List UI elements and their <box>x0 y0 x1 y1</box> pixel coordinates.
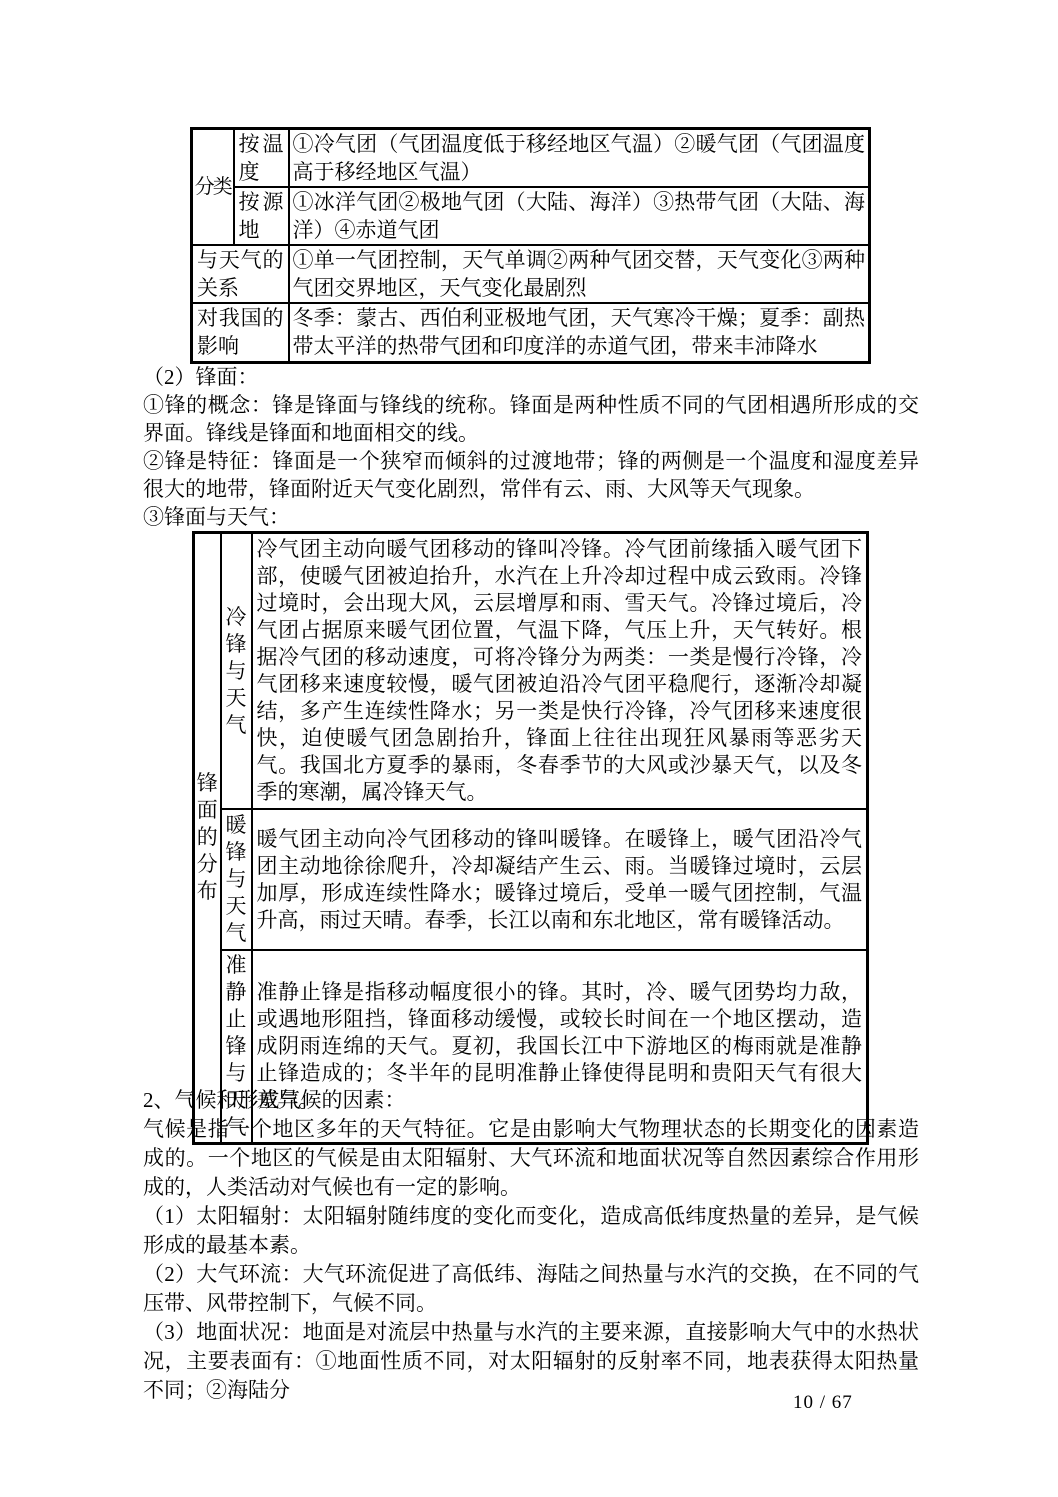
climate-intro-paragraph: 气候是指一个地区多年的天气特征。它是由影响大气物理状态的长期变化的因素造成的。一… <box>143 1115 919 1202</box>
front-weather-heading: ③锋面与天气： <box>143 503 919 531</box>
table-row: 对我国的影响 冬季：蒙古、西伯利亚极地气团，天气寒冷干燥；夏季：副热带太平洋的热… <box>192 303 870 362</box>
air-mass-china-impact-label: 对我国的影响 <box>192 303 289 362</box>
climate-circulation-paragraph: （2）大气环流：大气环流促进了高低纬、海陆之间热量与水汽的交换，在不同的气压带、… <box>143 1260 919 1318</box>
air-mass-by-source-label: 按源地 <box>234 187 289 245</box>
warm-front-label: 暖锋与天气 <box>221 809 252 950</box>
table-row: 与天气的关系 ①单一气团控制，天气单调②两种气团交替，天气变化③两种气团交界地区… <box>192 245 870 303</box>
air-mass-weather-relation-content: ①单一气团控制，天气单调②两种气团交替，天气变化③两种气团交界地区，天气变化最剧… <box>289 245 870 303</box>
climate-solar-paragraph: （1）太阳辐射：太阳辐射随纬度的变化而变化，造成高低纬度热量的差异，是气候形成的… <box>143 1202 919 1260</box>
air-mass-by-source-content: ①冰洋气团②极地气团（大陆、海洋）③热带气团（大陆、海洋）④赤道气团 <box>289 187 870 245</box>
air-mass-table: 分类 按温度 ①冷气团（气团温度低于移经地区气温）②暖气团（气团温度高于移经地区… <box>190 127 871 364</box>
table-row: 分类 按温度 ①冷气团（气团温度低于移经地区气温）②暖气团（气团温度高于移经地区… <box>192 129 870 188</box>
warm-front-content: 暖气团主动向冷气团移动的锋叫暖锋。在暖锋上，暖气团沿冷气团主动地徐徐爬升，冷却凝… <box>252 809 868 950</box>
table-row: 锋面的分布 冷锋与天气 冷气团主动向暖气团移动的锋叫冷锋。冷气团前缘插入暖气团下… <box>194 533 868 810</box>
front-distribution-label: 锋面的分布 <box>194 533 221 1144</box>
front-feature-paragraph: ②锋是特征：锋面是一个狭窄而倾斜的过渡地带；锋的两侧是一个温度和湿度差异很大的地… <box>143 447 919 503</box>
air-mass-by-temperature-content: ①冷气团（气团温度低于移经地区气温）②暖气团（气团温度高于移经地区气温） <box>289 129 870 188</box>
table-row: 暖锋与天气 暖气团主动向冷气团移动的锋叫暖锋。在暖锋上，暖气团沿冷气团主动地徐徐… <box>194 809 868 950</box>
air-mass-china-impact-content: 冬季：蒙古、西伯利亚极地气团，天气寒冷干燥；夏季：副热带太平洋的热带气团和印度洋… <box>289 303 870 362</box>
air-mass-classification-label: 分类 <box>192 129 234 246</box>
page-number: 10 / 67 <box>793 1392 853 1414</box>
document-page: 分类 按温度 ①冷气团（气团温度低于移经地区气温）②暖气团（气团温度高于移经地区… <box>0 0 1058 1497</box>
cold-front-label: 冷锋与天气 <box>221 533 252 810</box>
front-section-text: （2）锋面： ①锋的概念：锋是锋面与锋线的统称。锋面是两种性质不同的气团相遇所形… <box>143 363 919 531</box>
climate-section-text: 2、气候和形成气候的因素： 气候是指一个地区多年的天气特征。它是由影响大气物理状… <box>143 1086 919 1405</box>
air-mass-weather-relation-label: 与天气的关系 <box>192 245 289 303</box>
air-mass-by-temperature-label: 按温度 <box>234 129 289 188</box>
cold-front-content: 冷气团主动向暖气团移动的锋叫冷锋。冷气团前缘插入暖气团下部，使暖气团被迫抬升，水… <box>252 533 868 810</box>
climate-heading: 2、气候和形成气候的因素： <box>143 1086 919 1115</box>
front-heading: （2）锋面： <box>143 363 919 391</box>
front-table: 锋面的分布 冷锋与天气 冷气团主动向暖气团移动的锋叫冷锋。冷气团前缘插入暖气团下… <box>192 531 869 1145</box>
front-concept-paragraph: ①锋的概念：锋是锋面与锋线的统称。锋面是两种性质不同的气团相遇所形成的交界面。锋… <box>143 391 919 447</box>
table-row: 按源地 ①冰洋气团②极地气团（大陆、海洋）③热带气团（大陆、海洋）④赤道气团 <box>192 187 870 245</box>
